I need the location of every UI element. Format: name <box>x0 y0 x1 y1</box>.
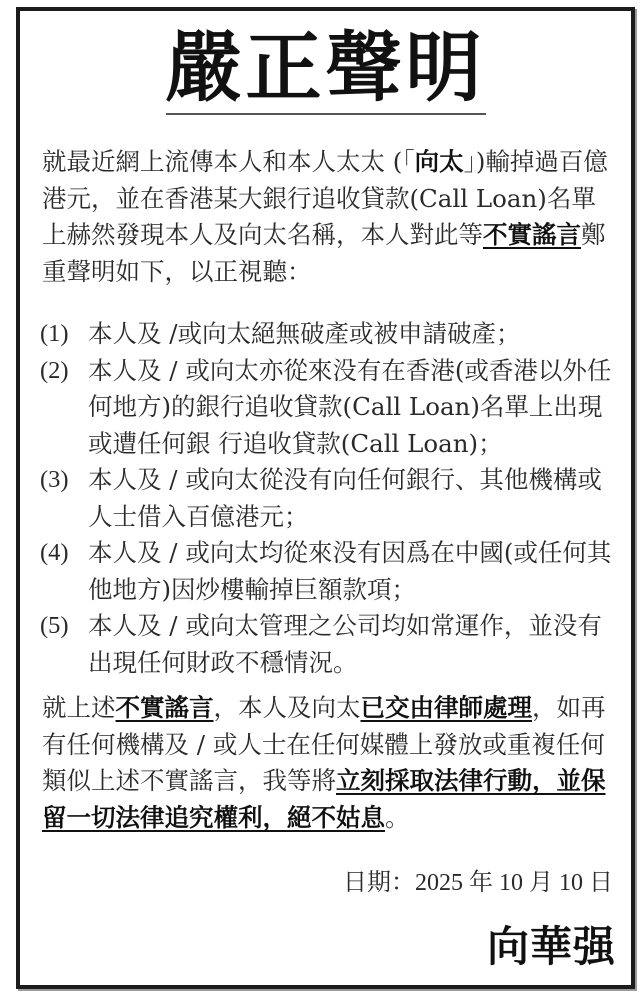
statement-date: 日期：2025 年 10 月 10 日 <box>343 864 613 901</box>
closing-text: 就上述 <box>42 693 116 722</box>
closing-lawyer-highlight: 已交由律師處理 <box>361 693 533 722</box>
intro-rumor-highlight: 不實謠言 <box>483 220 581 249</box>
page-title: 嚴正聲明 <box>166 25 486 115</box>
list-item-text: 本人及 / 或向太均從來没有因爲在中國(或任何其他地方)因炒樓輸掉巨額款項； <box>88 535 614 608</box>
list-item: (4) 本人及 / 或向太均從來没有因爲在中國(或任何其他地方)因炒樓輸掉巨額款… <box>40 535 614 608</box>
list-item: (3) 本人及 / 或向太從没有向任何銀行、其他機構或人士借入百億港元； <box>40 462 614 535</box>
intro-text: 就最近網上流傳本人和本人太太 (「 <box>42 147 415 176</box>
list-item-number: (2) <box>40 353 88 463</box>
closing-text: ，本人及向太 <box>214 693 361 722</box>
list-item: (2) 本人及 / 或向太亦從來没有在香港(或香港以外任何地方)的銀行追收貸款(… <box>40 353 614 463</box>
list-item-text: 本人及 / 或向太管理之公司均如常運作，並没有出現任何財政不穩情況。 <box>88 608 614 681</box>
list-item-text: 本人及 / 或向太亦從來没有在香港(或香港以外任何地方)的銀行追收貸款(Call… <box>88 353 614 463</box>
list-item: (5) 本人及 / 或向太管理之公司均如常運作，並没有出現任何財政不穩情況。 <box>40 608 614 681</box>
signature: 向華强 <box>487 917 616 977</box>
title-container: 嚴正聲明 <box>20 25 631 115</box>
closing-paragraph: 就上述不實謠言，本人及向太已交由律師處理，如再有任何機構及 / 或人士在任何媒體… <box>42 690 614 836</box>
intro-paragraph: 就最近網上流傳本人和本人太太 (「向太」)輸掉過百億港元，並在香港某大銀行追收貸… <box>42 144 614 290</box>
list-item-number: (1) <box>40 316 88 353</box>
list-item: (1) 本人及 /或向太絕無破產或被申請破產； <box>40 316 614 353</box>
declaration-list: (1) 本人及 /或向太絕無破產或被申請破產； (2) 本人及 / 或向太亦從來… <box>40 316 614 681</box>
list-item-text: 本人及 / 或向太從没有向任何銀行、其他機構或人士借入百億港元； <box>88 462 614 535</box>
statement-frame: 嚴正聲明 就最近網上流傳本人和本人太太 (「向太」)輸掉過百億港元，並在香港某大… <box>16 7 635 989</box>
closing-rumor-highlight: 不實謠言 <box>116 693 214 722</box>
list-item-number: (5) <box>40 608 88 681</box>
list-item-number: (4) <box>40 535 88 608</box>
date-label: 日期： <box>343 868 415 896</box>
intro-name-highlight: 向太 <box>415 147 464 176</box>
date-value: 2025 年 10 月 10 日 <box>415 870 613 896</box>
closing-text: 。 <box>385 803 410 832</box>
list-item-text: 本人及 /或向太絕無破產或被申請破產； <box>88 316 614 353</box>
list-item-number: (3) <box>40 462 88 535</box>
